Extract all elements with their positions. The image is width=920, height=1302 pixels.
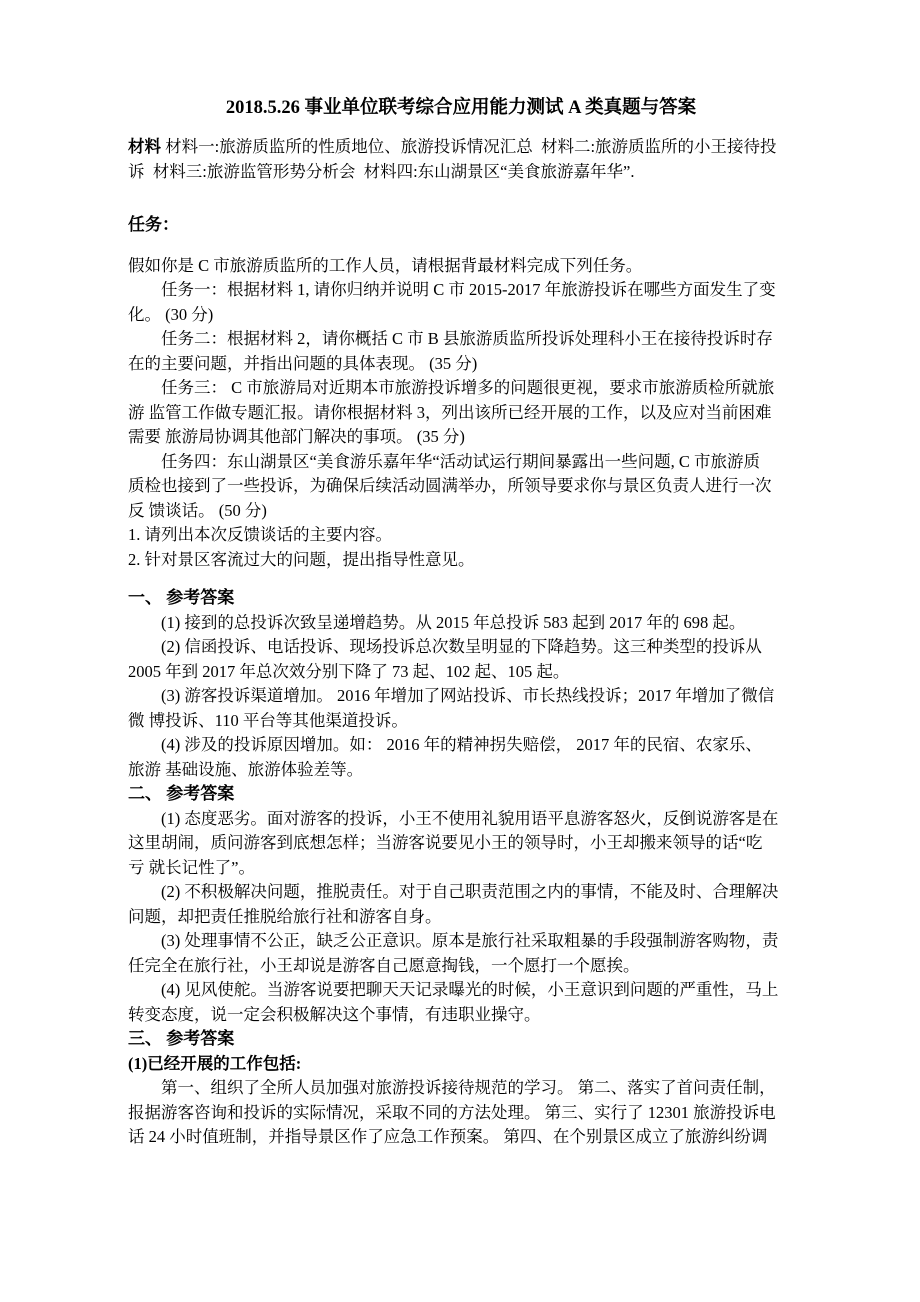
answer-section-2-heading: 二、 参考答案 [128, 782, 794, 807]
task-item-2: 任务二：根据材料 2，请你概括 C 市 B 县旅游质监所投诉处理科小王在接待投诉… [128, 327, 794, 376]
task-item-4: 任务四：东山湖景区“美食游乐嘉年华“活动试运行期间暴露出一些问题, C 市旅游质… [128, 450, 794, 524]
answer-section-1-heading: 一、 参考答案 [128, 586, 794, 611]
answer-1-point-3: (3) 游客投诉渠道增加。 2016 年增加了网站投诉、市长热线投诉；2017 … [128, 684, 794, 733]
document-title: 2018.5.26 事业单位联考综合应用能力测试 A 类真题与答案 [128, 96, 794, 121]
document-page: 2018.5.26 事业单位联考综合应用能力测试 A 类真题与答案 材料 材料一… [0, 0, 920, 1302]
task-item-3: 任务三： C 市旅游局对近期本市旅游投诉增多的问题很更视，要求市旅游质检所就旅 … [128, 376, 794, 450]
materials-paragraph: 材料 材料一:旅游质监所的性质地位、旅游投诉情况汇总 材料二:旅游质监所的小王接… [128, 135, 794, 184]
answer-1-point-1: (1) 接到的总投诉次致呈递增趋势。从 2015 年总投诉 583 起到 201… [128, 611, 794, 636]
tasks-heading: 任务： [128, 213, 794, 238]
task-note-2: 2. 针对景区客流过大的问题，提出指导性意见。 [128, 548, 794, 573]
materials-label: 材料 [128, 137, 161, 156]
task-item-1: 任务一：根据材料 1, 请你归纳并说明 C 市 2015-2017 年旅游投诉在… [128, 278, 794, 327]
answer-1-point-2: (2) 信函投诉、电话投诉、现场投诉总次数呈明显的下降趋势。这三种类型的投诉从 … [128, 635, 794, 684]
answer-3-subheading: (1)已经开展的工作包括: [128, 1052, 794, 1077]
materials-text: 材料一:旅游质监所的性质地位、旅游投诉情况汇总 材料二:旅游质监所的小王接待投 … [128, 137, 777, 181]
task-note-1: 1. 请列出本次反馈谈话的主要内容。 [128, 523, 794, 548]
answer-2-point-3: (3) 处理事情不公正，缺乏公正意识。原本是旅行社采取粗暴的手段强制游客购物，责… [128, 929, 794, 978]
answer-2-point-4: (4) 见风使舵。当游客说要把聊天天记录曝光的时候，小王意识到问题的严重性，马上… [128, 978, 794, 1027]
answer-2-point-2: (2) 不积极解决问题，推脱责任。对于自己职责范围之内的事情，不能及时、合理解决… [128, 880, 794, 929]
answer-3-point-1: 第一、组织了全所人员加强对旅游投诉接待规范的学习。 第二、落实了首问责任制， 报… [128, 1076, 794, 1150]
answer-2-point-1: (1) 态度恶劣。面对游客的投诉，小王不使用礼貌用语平息游客怒火，反倒说游客是在… [128, 807, 794, 881]
answer-1-point-4: (4) 涉及的投诉原因增加。如： 2016 年的精神拐失赔偿， 2017 年的民… [128, 733, 794, 782]
answer-section-3-heading: 三、 参考答案 [128, 1027, 794, 1052]
tasks-intro: 假如你是 C 市旅游质监所的工作人员，请根据背最材料完成下列任务。 [128, 254, 794, 279]
